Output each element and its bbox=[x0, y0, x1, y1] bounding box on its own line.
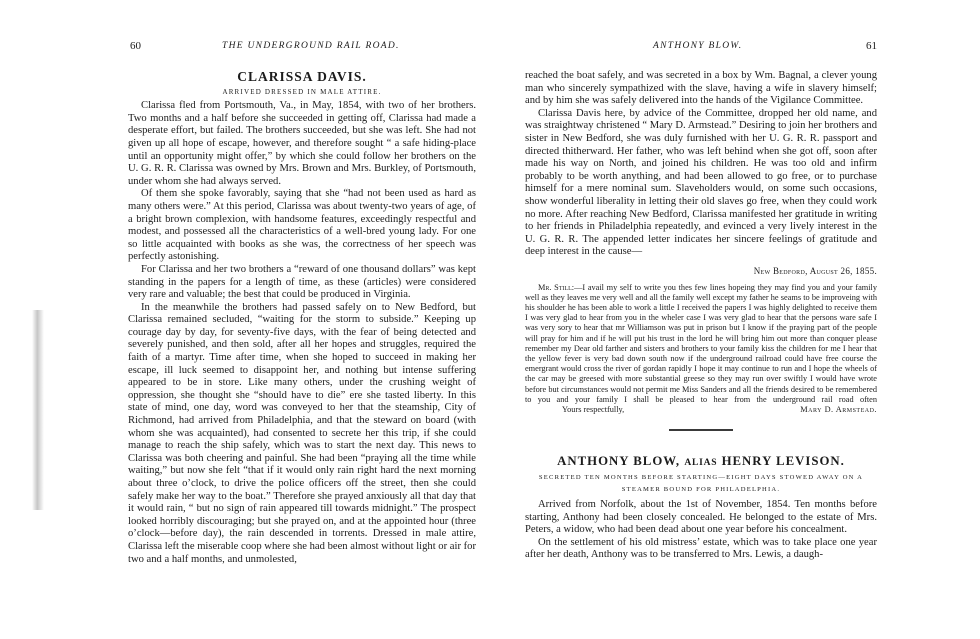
chapter-title: CLARISSA DAVIS. bbox=[128, 71, 476, 84]
scan-edge-shadow bbox=[32, 310, 44, 510]
paragraph: Arrived from Norfolk, about the 1st of N… bbox=[525, 499, 877, 537]
section-divider bbox=[669, 429, 733, 431]
letter-salutation: Mr. Still: bbox=[538, 283, 574, 292]
chapter-title-alias: alias bbox=[684, 458, 717, 468]
paragraph: For Clarissa and her two brothers a “rew… bbox=[128, 264, 476, 302]
letter-body: Mr. Still:—I avail my self to write you … bbox=[525, 283, 877, 416]
right-page-body: reached the boat safely, and was secrete… bbox=[525, 70, 877, 562]
page-number: 61 bbox=[866, 40, 877, 52]
letter-text: —I avail my self to write you thes few l… bbox=[525, 283, 877, 404]
paragraph: Clarissa fled from Portsmouth, Va., in M… bbox=[128, 100, 476, 188]
paragraph: reached the boat safely, and was secrete… bbox=[525, 70, 877, 108]
running-head: ANTHONY BLOW. 61 bbox=[525, 40, 877, 54]
paragraph: Of them she spoke favorably, saying that… bbox=[128, 188, 476, 264]
letter-signature: Mary D. Armstead. bbox=[787, 405, 877, 415]
paragraph: In the meanwhile the brothers had passed… bbox=[128, 302, 476, 566]
running-head: 60 THE UNDERGROUND RAIL ROAD. bbox=[128, 40, 476, 54]
chapter-subtitle: Arrived dressed in male attire. bbox=[128, 86, 476, 99]
running-title: ANTHONY BLOW. bbox=[653, 41, 742, 51]
book-spread: 60 THE UNDERGROUND RAIL ROAD. CLARISSA D… bbox=[0, 0, 980, 639]
chapter-subtitle: Secreted ten months before starting—eigh… bbox=[525, 472, 877, 497]
letter-dateline: New Bedford, August 26, 1855. bbox=[525, 265, 877, 278]
page-number: 60 bbox=[130, 40, 141, 52]
left-page-body: CLARISSA DAVIS. Arrived dressed in male … bbox=[128, 71, 476, 566]
chapter-title: ANTHONY BLOW, alias HENRY LEVISON. bbox=[525, 455, 877, 470]
chapter-title-name: ANTHONY BLOW, bbox=[557, 454, 680, 468]
letter: Mr. Still:—I avail my self to write you … bbox=[525, 283, 877, 416]
letter-signoff: Yours respectfully, bbox=[549, 405, 624, 415]
chapter-title-alias-name: HENRY LEVISON. bbox=[722, 454, 845, 468]
paragraph: Clarissa Davis here, by advice of the Co… bbox=[525, 108, 877, 259]
paragraph: On the settlement of his old mistress’ e… bbox=[525, 537, 877, 562]
running-title: THE UNDERGROUND RAIL ROAD. bbox=[222, 41, 400, 51]
